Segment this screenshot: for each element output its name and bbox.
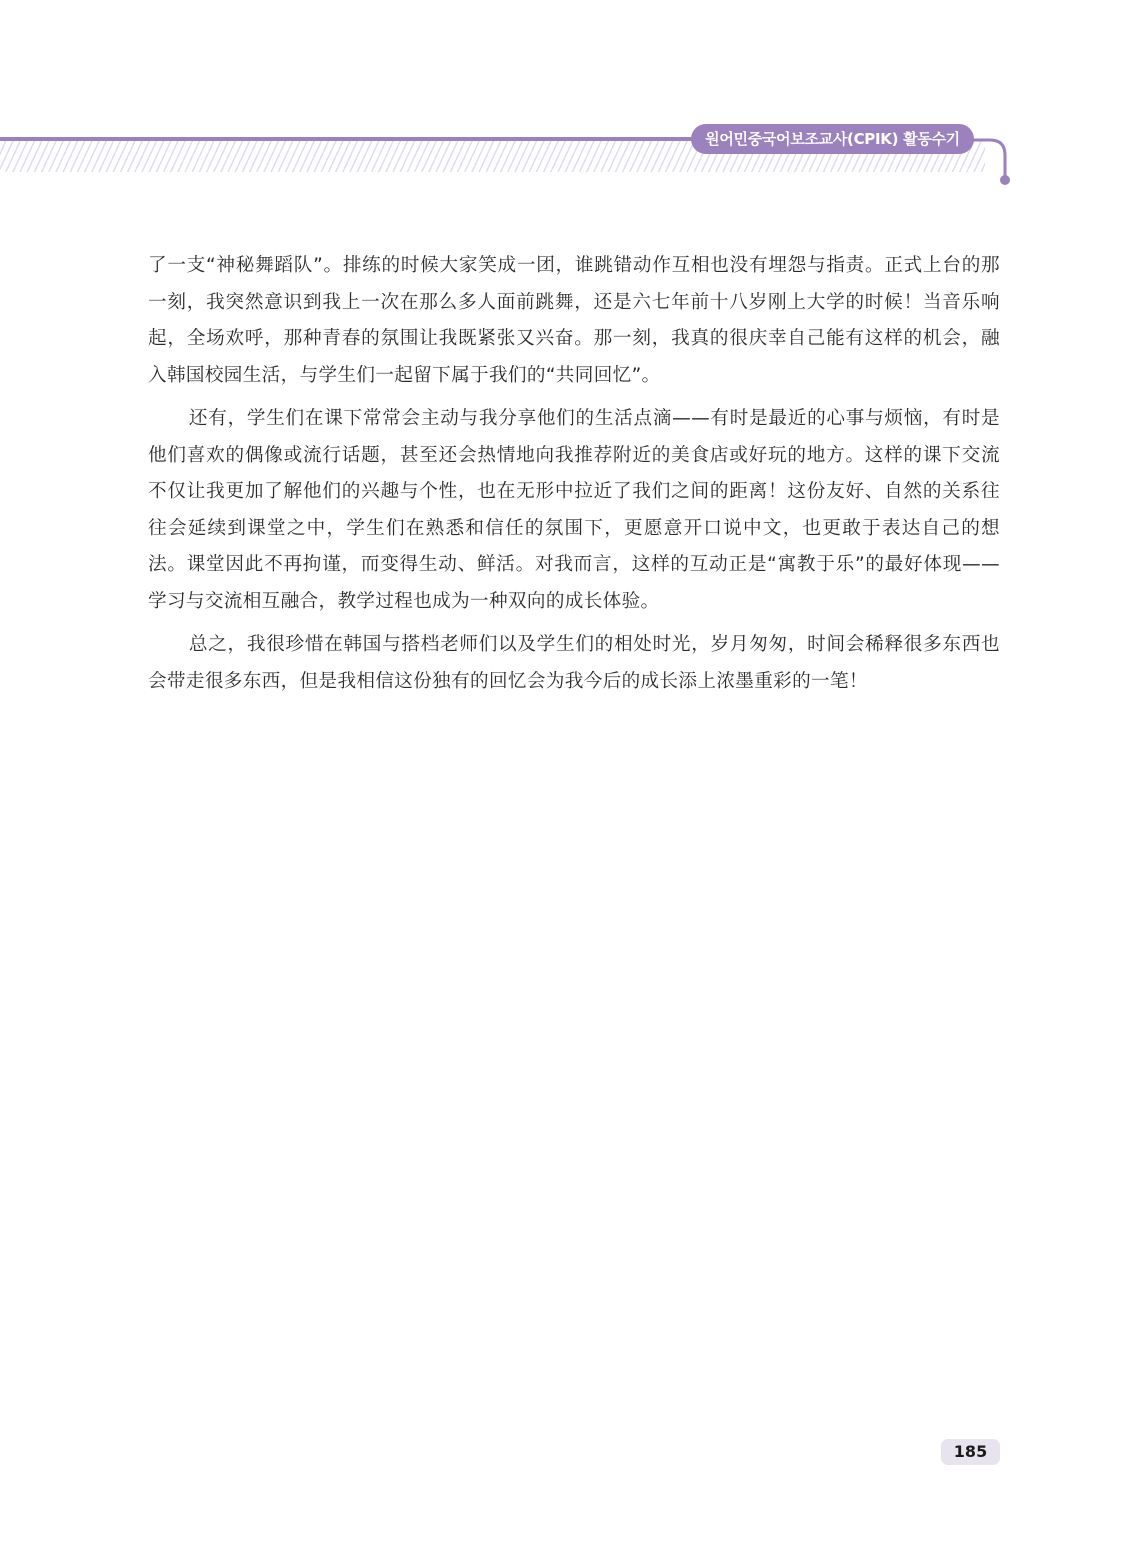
paragraph-continuation: 了一支“神秘舞蹈队”。排练的时候大家笑成一团，谁跳错动作互相也没有埋怨与指责。正… xyxy=(148,248,1000,394)
paragraph: 还有，学生们在课下常常会主动与我分享他们的生活点滴——有时是最近的心事与烦恼，有… xyxy=(148,401,1000,620)
page-number: 185 xyxy=(941,1439,1000,1465)
header-curve-decoration-icon xyxy=(960,130,1020,190)
document-body: 了一支“神秘舞蹈队”。排练的时候大家笑成一团，谁跳错动作互相也没有埋怨与指责。正… xyxy=(148,248,1000,707)
section-title-badge: 원어민중국어보조교사(CPIK) 활동수기 xyxy=(691,124,974,154)
header-rule xyxy=(0,137,700,141)
paragraph: 总之，我很珍惜在韩国与搭档老师们以及学生们的相处时光，岁月匆匆，时间会稀释很多东… xyxy=(148,627,1000,700)
page-header: 원어민중국어보조교사(CPIK) 활동수기 xyxy=(0,0,1146,200)
